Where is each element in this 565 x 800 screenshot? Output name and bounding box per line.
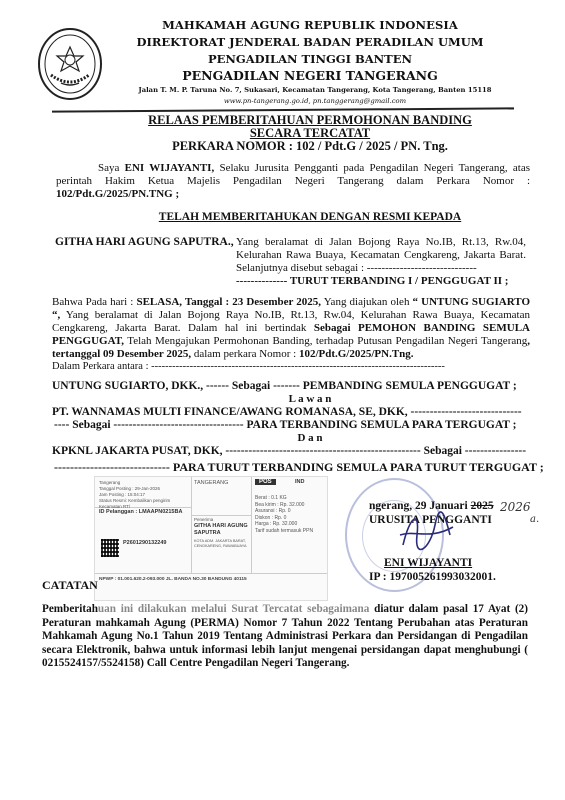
body-case-number: 102/Pdt.G/2025/PN.Tng. [299, 348, 414, 360]
signature-scribble-icon [395, 505, 455, 555]
receipt-npwp: NPWP : 01.001.620.2-093.000 JL. BANDA NO… [99, 577, 247, 583]
letterhead-line-4: PENGADILAN NEGERI TANGERANG [110, 68, 510, 83]
body-paragraph: Bahwa Pada hari : SELASA, Tanggal : 23 D… [52, 296, 530, 361]
lawan-label: L a w a n [100, 393, 520, 405]
party-appellant: UNTUNG SUGIARTO, DKK., ------ Sebagai --… [52, 380, 517, 392]
receipt-id-pelanggan: ID Pelanggan : LMAAPN0215BA [99, 509, 182, 516]
letterhead-web: www.pn-tangerang.go.id, pn.tanggerang@gm… [95, 97, 535, 105]
receipt-origin: TANGERANG [194, 480, 228, 486]
catatan-paragraph: Pemberitahuan ini dilakukan melalui Sura… [42, 603, 528, 671]
dan-label: D a n [100, 432, 520, 444]
qr-code-icon [101, 539, 119, 557]
postal-receipt-image: Tangerang Tanggal Posting : 29-Jan-2026 … [94, 476, 328, 601]
hearing-day: SELASA, Tanggal : 23 Desember 2025, [136, 296, 321, 308]
intro-paragraph: Saya ENI WIJAYANTI, Selaku Jurusita Peng… [56, 162, 530, 201]
recipient-role: -------------- TURUT TERBANDING I / PENG… [236, 275, 508, 287]
bailiff-name: ENI WIJAYANTI, [125, 162, 215, 174]
receipt-tracking: P2601290132249 [123, 540, 166, 547]
party-respondent-b: ---- Sebagai ---------------------------… [54, 419, 516, 431]
party-respondent-a: PT. WANNAMAS MULTI FINANCE/AWANG ROMANAS… [52, 406, 522, 418]
intro-case-number: 102/Pdt.G/2025/PN.TNG ; [56, 188, 179, 200]
letterhead-line-3: PENGADILAN TINGGI BANTEN [110, 52, 510, 66]
header-divider [52, 107, 514, 112]
case-number-heading: PERKARA NOMOR : 102 / Pdt.G / 2025 / PN.… [100, 139, 520, 154]
receipt-costs: Berat : 0.1 KG Bea kirim : Rp. 32.000 As… [255, 495, 313, 534]
recipient-address: Yang beralamat di Jalan Bojong Raya No.I… [236, 236, 526, 275]
signature-nip: IP : 197005261993032001. [369, 571, 496, 583]
letterhead-line-1: MAHKAMAH AGUNG REPUBLIK INDONESIA [110, 18, 510, 32]
handwritten-initial: a. [530, 514, 539, 525]
receipt-col1: Tangerang Tanggal Posting : 29-Jan-2026 … [99, 480, 170, 510]
letterhead-address: Jalan T. M. P. Taruna No. 7, Sukasari, K… [95, 86, 535, 94]
signature-name: ENI WIJAYANTI [384, 557, 472, 569]
court-logo-icon [37, 27, 103, 101]
handwritten-year: 2026 [500, 500, 531, 514]
receipt-penerima-addr: KOTA ADM. JAKARTA BARAT, CENGKARENG, RAW… [194, 539, 250, 549]
letterhead-line-2: DIREKTORAT JENDERAL BADAN PERADILAN UMUM [110, 35, 510, 49]
recipient-name: GITHA HARI AGUNG SAPUTRA., [55, 236, 234, 248]
pos-logo-icon: POS [255, 479, 276, 485]
catatan-label: CATATAN [42, 578, 98, 593]
receipt-brand: IND [295, 479, 304, 486]
dalam-perkara-line: Dalam Perkara antara : -----------------… [52, 361, 445, 372]
receipt-penerima-name: GITHA HARI AGUNG SAPUTRA [194, 523, 250, 537]
party-co-respondent-b: ----------------------------- PARA TURUT… [54, 460, 544, 475]
notified-heading: TELAH MEMBERITAHUKAN DENGAN RESMI KEPADA [100, 211, 520, 223]
party-co-respondent-a: KPKNL JAKARTA PUSAT, DKK, --------------… [52, 445, 526, 457]
